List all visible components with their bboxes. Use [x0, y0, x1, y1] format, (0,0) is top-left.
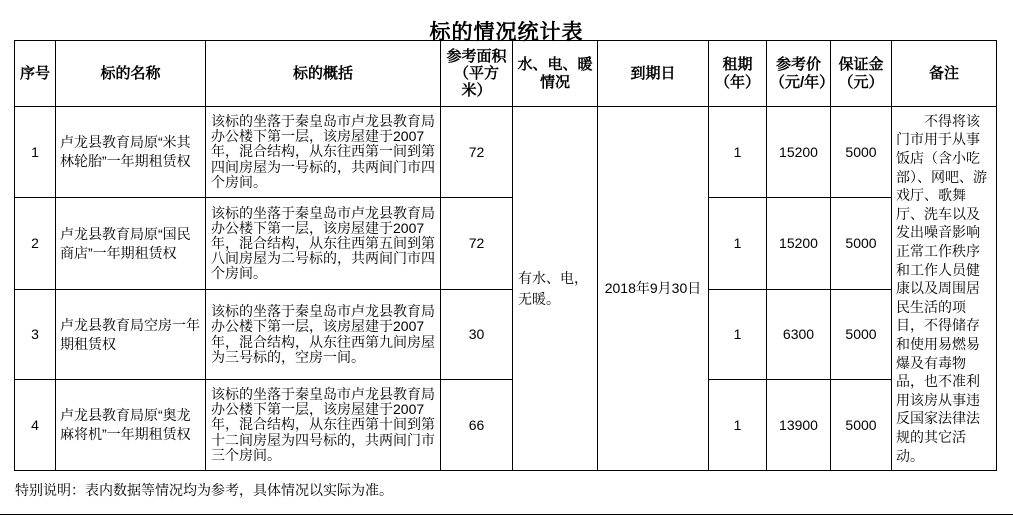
table-row-4: 4 卢龙县教育局原“奥龙麻将机”一年期租赁权 该标的坐落于秦皇岛市卢龙县教育局办… — [15, 380, 997, 471]
col-header-price-line2: （元/年） — [770, 74, 827, 91]
cell-deposit: 5000 — [831, 290, 892, 380]
table-row-3: 3 卢龙县教育局空房一年期租赁权 该标的坐落于秦皇岛市卢龙县教育局办公楼下第一层… — [15, 290, 997, 380]
col-header-area-line1: 参考面积 — [444, 48, 509, 65]
cell-term: 1 — [709, 290, 767, 380]
col-header-utilities-line2: 情况 — [516, 74, 594, 91]
cell-area: 66 — [441, 380, 513, 471]
cell-subject-name: 卢龙县教育局原“奥龙麻将机”一年期租赁权 — [56, 380, 206, 471]
cell-due-date-merged: 2018年9月30日 — [598, 107, 709, 471]
cell-seq: 1 — [15, 107, 56, 198]
cell-subject-summary: 该标的坐落于秦皇岛市卢龙县教育局办公楼下第一层，该房屋建于2007年，混合结构，… — [206, 198, 441, 290]
col-header-price: 参考价 （元/年） — [767, 41, 831, 107]
cell-area: 30 — [441, 290, 513, 380]
table-row-1: 1 卢龙县教育局原“米其林轮胎”一年期租赁权 该标的坐落于秦皇岛市卢龙县教育局办… — [15, 107, 997, 198]
cell-deposit: 5000 — [831, 380, 892, 471]
col-header-price-line1: 参考价 — [770, 56, 827, 73]
footnote: 特别说明：表内数据等情况均为参考，具体情况以实际为准。 — [0, 471, 1013, 500]
cell-deposit: 5000 — [831, 198, 892, 290]
col-header-deposit: 保证金 （元） — [831, 41, 892, 107]
cell-price: 15200 — [767, 107, 831, 198]
col-header-term: 租期 （年） — [709, 41, 767, 107]
cell-seq: 2 — [15, 198, 56, 290]
cell-area: 72 — [441, 198, 513, 290]
col-header-deposit-line1: 保证金 — [834, 56, 888, 73]
col-header-area: 参考面积 （平方米） — [441, 41, 513, 107]
cell-subject-summary: 该标的坐落于秦皇岛市卢龙县教育局办公楼下第一层，该房屋建于2007年，混合结构，… — [206, 380, 441, 471]
cell-price: 6300 — [767, 290, 831, 380]
cell-subject-summary: 该标的坐落于秦皇岛市卢龙县教育局办公楼下第一层，该房屋建于2007年，混合结构，… — [206, 290, 441, 380]
col-header-utilities-line1: 水、电、暖 — [516, 56, 594, 73]
cell-subject-name: 卢龙县教育局原“国民商店”一年期租赁权 — [56, 198, 206, 290]
cell-price: 13900 — [767, 380, 831, 471]
col-header-summary: 标的概括 — [206, 41, 441, 107]
cell-subject-name: 卢龙县教育局空房一年期租赁权 — [56, 290, 206, 380]
cell-term: 1 — [709, 107, 767, 198]
col-header-term-line2: （年） — [712, 74, 763, 91]
cell-subject-summary: 该标的坐落于秦皇岛市卢龙县教育局办公楼下第一层，该房屋建于2007年，混合结构，… — [206, 107, 441, 198]
cell-utilities-merged: 有水、电，无暖。 — [513, 107, 598, 471]
subject-statistics-table: 序号 标的名称 标的概括 参考面积 （平方米） 水、电、暖 情况 到期日 租期 … — [14, 40, 997, 471]
cell-deposit: 5000 — [831, 107, 892, 198]
col-header-area-line2: （平方米） — [444, 65, 509, 100]
cell-remark-merged: 不得将该门市用于从事饭店（含小吃部）、网吧、游戏厅、歌舞厅、洗车以及发出噪音影响… — [892, 107, 997, 471]
col-header-deposit-line2: （元） — [834, 74, 888, 91]
col-header-due-date: 到期日 — [598, 41, 709, 107]
cell-seq: 3 — [15, 290, 56, 380]
col-header-name: 标的名称 — [56, 41, 206, 107]
cell-subject-name: 卢龙县教育局原“米其林轮胎”一年期租赁权 — [56, 107, 206, 198]
table-row-2: 2 卢龙县教育局原“国民商店”一年期租赁权 该标的坐落于秦皇岛市卢龙县教育局办公… — [15, 198, 997, 290]
cell-area: 72 — [441, 107, 513, 198]
col-header-term-line1: 租期 — [712, 56, 763, 73]
page-title: 标的情况统计表 — [0, 0, 1013, 40]
bottom-divider — [0, 514, 1013, 515]
cell-seq: 4 — [15, 380, 56, 471]
cell-term: 1 — [709, 198, 767, 290]
header-row: 序号 标的名称 标的概括 参考面积 （平方米） 水、电、暖 情况 到期日 租期 … — [15, 41, 997, 107]
document-page: 标的情况统计表 序号 标的名称 标的概括 参考面积 （平方米） — [0, 0, 1013, 516]
col-header-seq: 序号 — [15, 41, 56, 107]
col-header-remark: 备注 — [892, 41, 997, 107]
col-header-utilities: 水、电、暖 情况 — [513, 41, 598, 107]
cell-term: 1 — [709, 380, 767, 471]
cell-price: 15200 — [767, 198, 831, 290]
